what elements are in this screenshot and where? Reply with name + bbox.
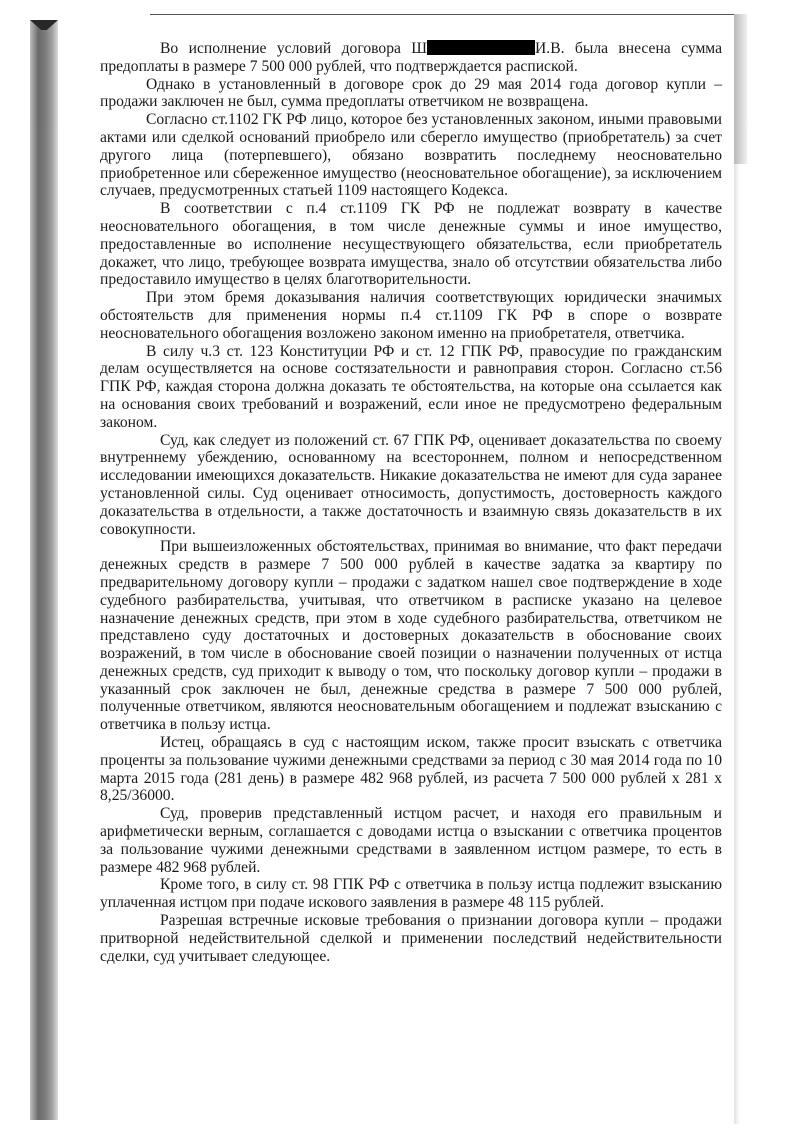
scan-edge-shadow-right-faint [734,164,740,1124]
paragraph-court-conclusion: При вышеизложенных обстоятельствах, прин… [100,538,722,734]
redacted-name-block [427,40,535,55]
paragraph-counterclaim: Разрешая встречные исковые требования о … [100,912,722,965]
paragraph-contract-not-concluded: Однако в установленный в договоре срок д… [100,76,722,112]
paragraph-interest-claim: Истец, обращаясь в суд с настоящим иском… [100,734,722,805]
paragraph-burden-of-proof: При этом бремя доказывания наличия соотв… [100,289,722,342]
paragraph-evidence-assessment: Суд, как следует из положений ст. 67 ГПК… [100,432,722,539]
paragraph-text: Во исполнение условий договора Ш [160,40,427,57]
paragraph-adversarial-principle: В силу ч.3 ст. 123 Конституции РФ и ст. … [100,343,722,432]
document-page: Во исполнение условий договора ШИ.В. был… [100,40,722,965]
paragraph-article-1109: В соответствии с п.4 ст.1109 ГК РФ не по… [100,200,722,289]
scan-edge-shadow-right [734,14,748,164]
paragraph-prepayment: Во исполнение условий договора ШИ.В. был… [100,40,722,76]
paragraph-article-1102: Согласно ст.1102 ГК РФ лицо, которое без… [100,111,722,200]
paragraph-interest-verified: Суд, проверив представленный истцом расч… [100,805,722,876]
scan-edge-shadow-left [30,20,58,1120]
scan-top-rule [150,14,734,15]
paragraph-court-fees: Кроме того, в силу ст. 98 ГПК РФ с ответ… [100,876,722,912]
